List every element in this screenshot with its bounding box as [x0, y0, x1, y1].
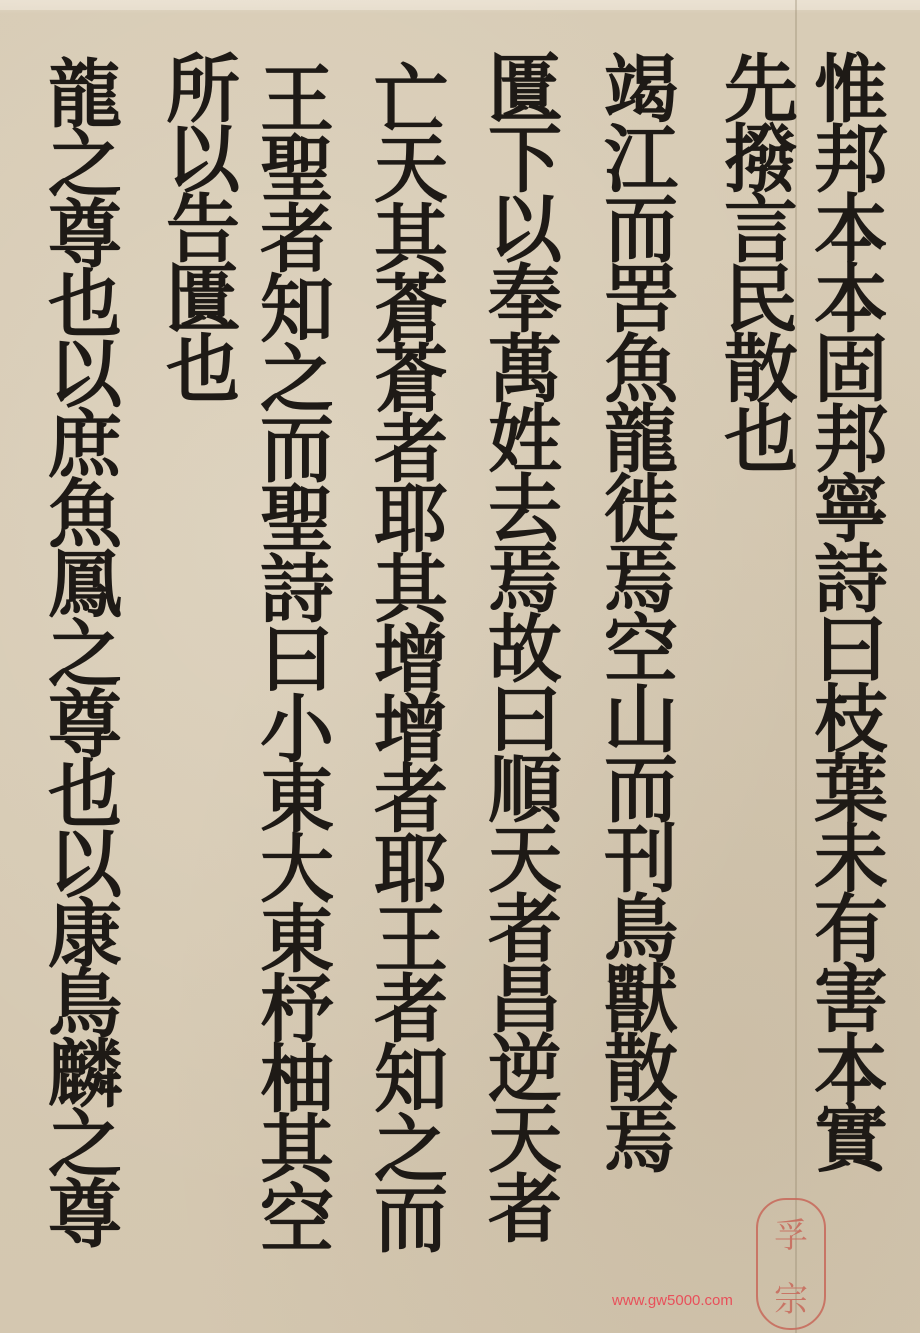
calligraphy-column-7: 所以告匱也: [160, 50, 234, 400]
watermark-text: www.gw5000.com: [612, 1292, 733, 1309]
calligraphy-column-3: 竭江而罟魚龍徙焉空山而刊鳥獸散焉: [598, 50, 672, 1170]
seal-glyph-top: 孚: [774, 1208, 808, 1257]
red-seal-stamp: 孚 宗: [756, 1198, 826, 1330]
calligraphy-column-5: 亡天其蒼蒼者耶其增增者耶王者知之而: [368, 60, 442, 1250]
paper-top-edge: [0, 0, 920, 10]
seal-glyph-bottom: 宗: [774, 1272, 808, 1321]
calligraphy-column-4: 匱下以奉萬姓去焉故曰順天者昌逆天者: [482, 50, 556, 1240]
calligraphy-column-2: 先撥言民散也: [718, 50, 792, 470]
calligraphy-column-1: 惟邦本本固邦寧詩曰枝葉未有害本實: [808, 50, 882, 1170]
calligraphy-column-6: 王聖者知之而聖詩曰小東大東杼柚其空: [254, 60, 328, 1250]
calligraphy-column-8: 龍之尊也以庶魚鳳之尊也以康鳥麟之尊: [42, 55, 116, 1245]
